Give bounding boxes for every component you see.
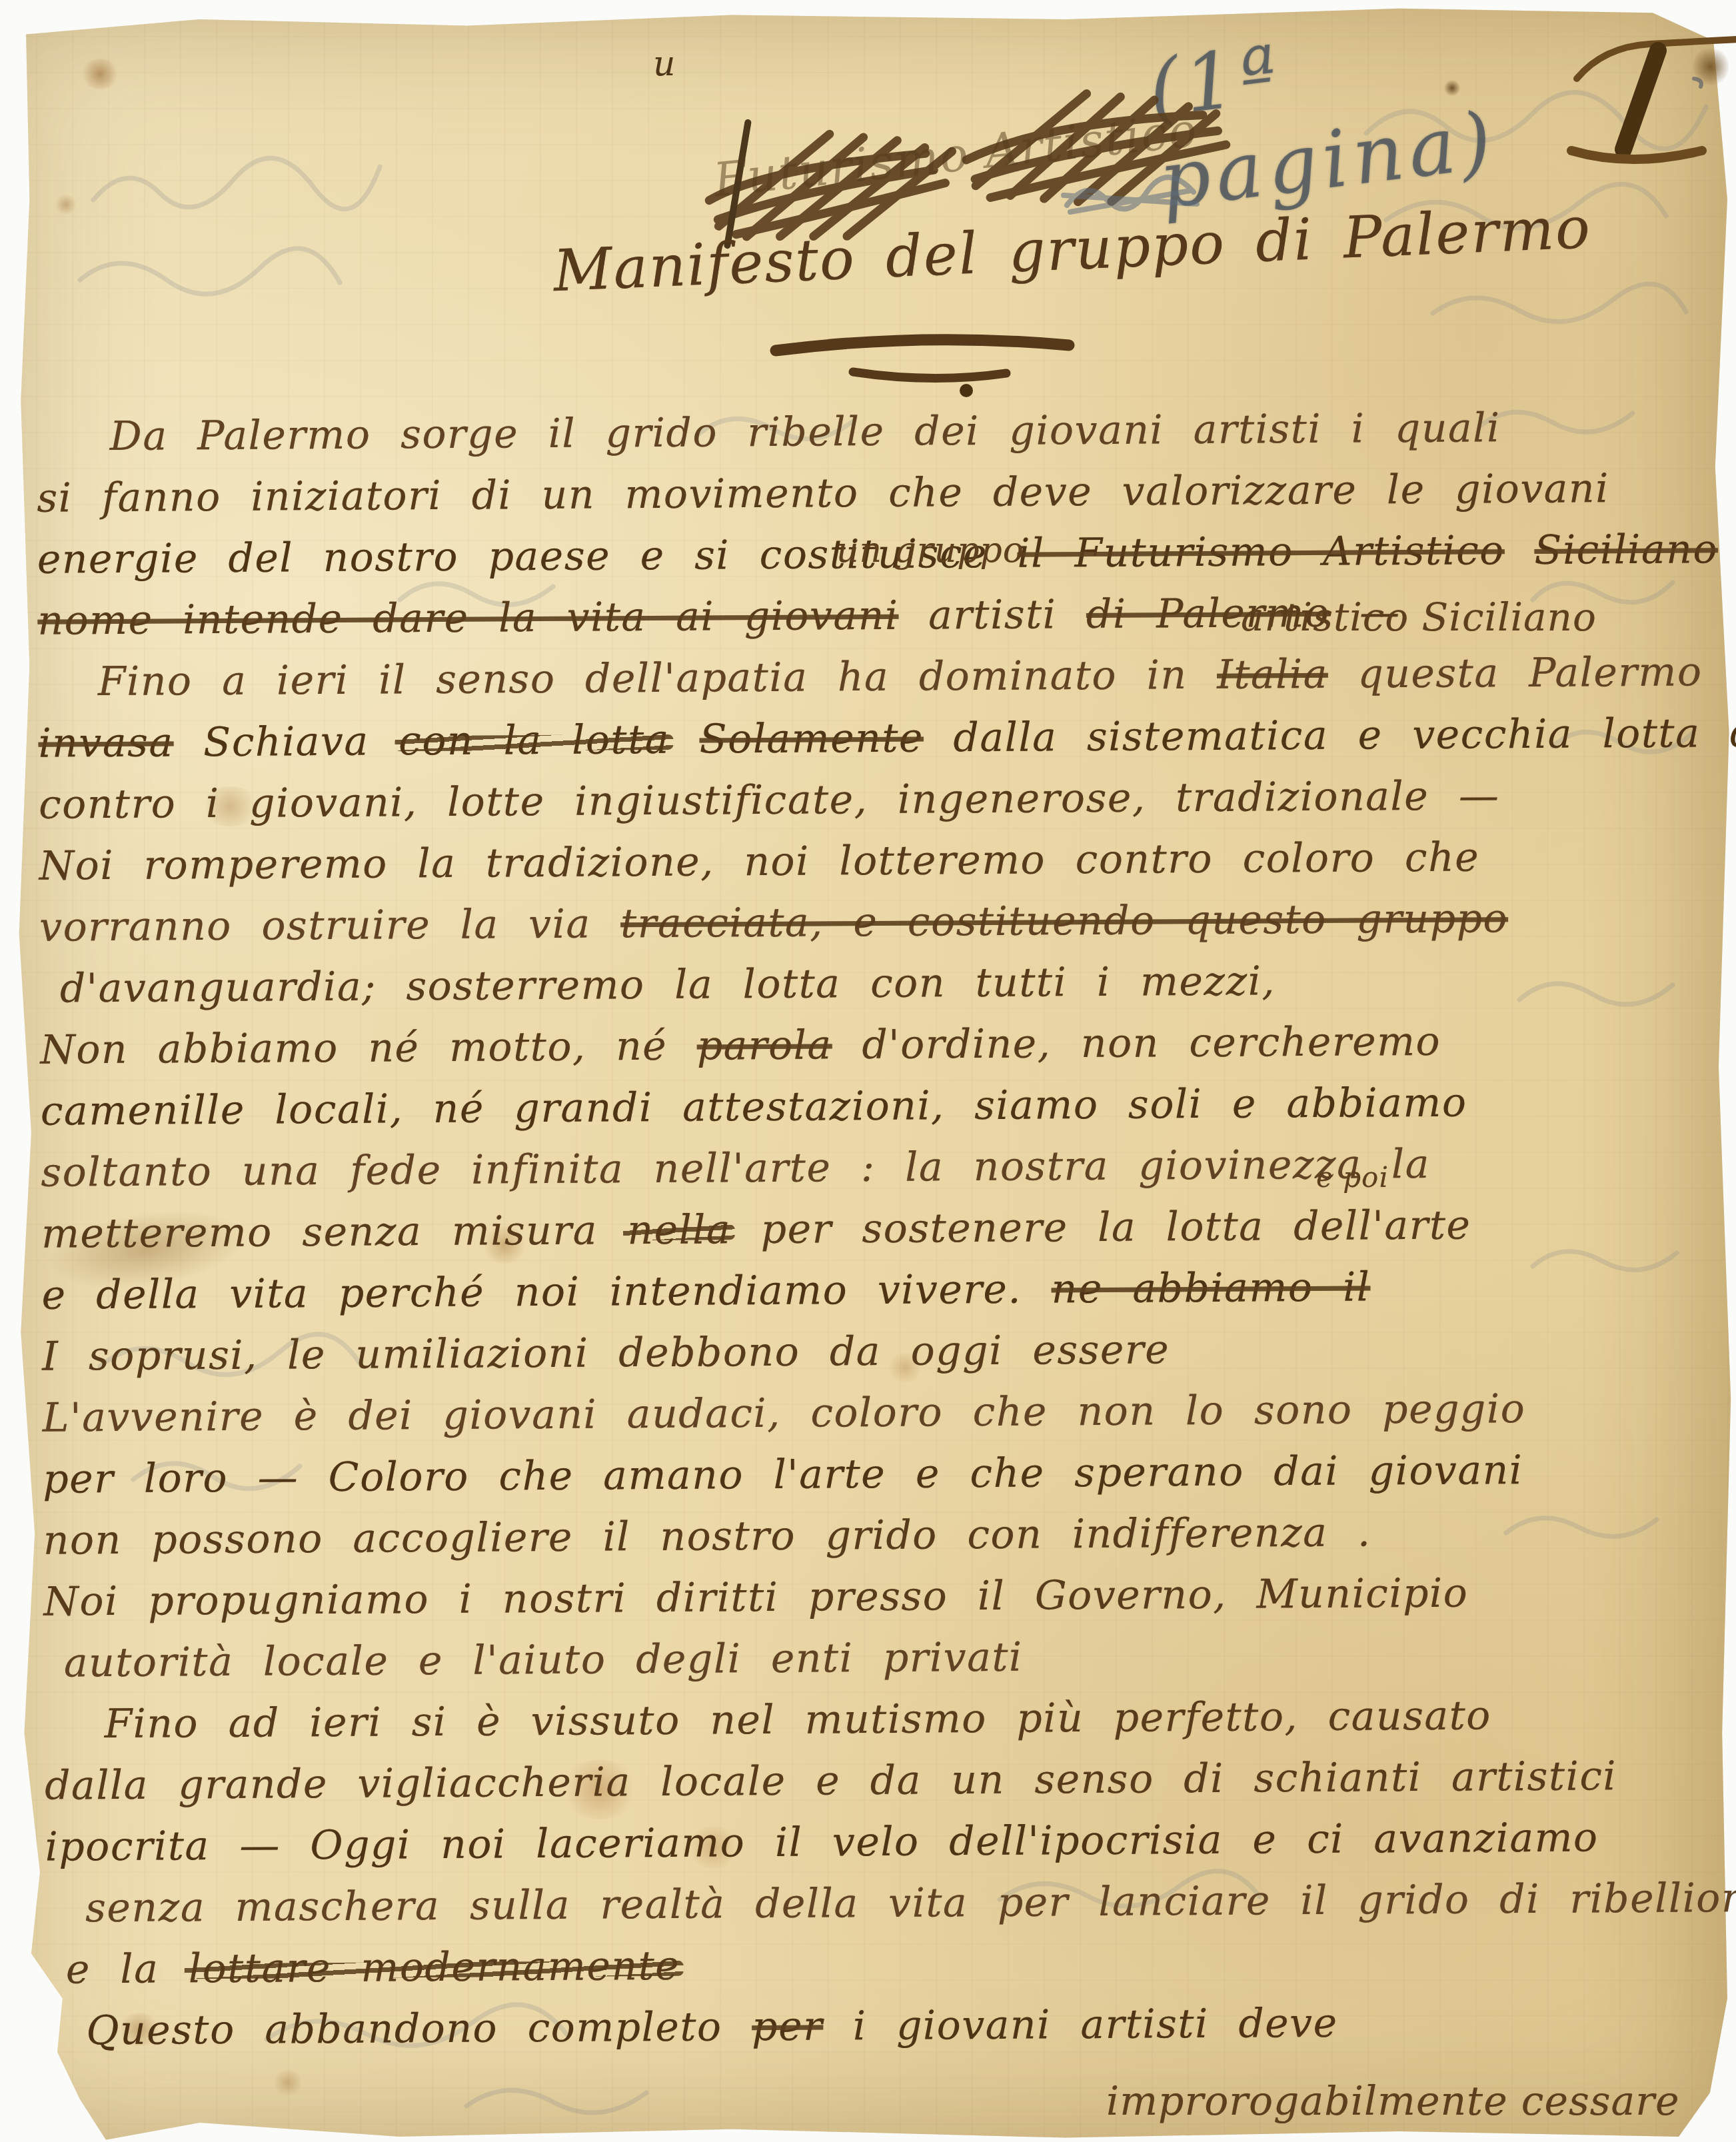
manuscript-line: Noi propugniamo i nostri diritti presso … [43,1561,1710,1632]
manuscript-line: soltanto una fede infinita nell'arte : l… [41,1132,1707,1203]
handwritten-text: che [1718,525,1736,572]
handwritten-text: Noi romperemo la tradizione, noi lottere… [39,834,1479,889]
handwritten-text: ipocrita — Oggi noi laceriamo il velo de… [45,1814,1598,1870]
manuscript-line: camenille locali, né grandi attestazioni… [41,1070,1707,1142]
struck-text: Solamente [699,715,924,763]
manuscript-line: per loro — Coloro che amano l'arte e che… [43,1438,1709,1510]
handwritten-text: metteremo senza misura [41,1207,628,1257]
manuscript-line: si fanno iniziatori di un movimento che … [37,457,1703,529]
handwritten-text: camenille locali, né grandi attestazioni… [41,1080,1467,1135]
handwritten-text: per loro — Coloro che amano l'arte e che… [43,1447,1523,1503]
struck-text: nome intende dare la vita ai giovani [37,592,898,644]
handwritten-text: contro i giovani, lotte ingiustificate, … [39,772,1500,828]
manuscript-line: senza maschera sulla realtà della vita p… [45,1867,1712,1939]
struck-text: nella [627,1206,731,1254]
handwritten-text: i giovani artisti deve [823,2000,1338,2050]
title-underline-flourish [766,328,1086,401]
manuscript-line: invasa Schiava con la lotta Solamente da… [38,702,1705,774]
manuscript-line: Non abbiamo né motto, né parola d'ordine… [40,1009,1707,1080]
handwritten-text: artisti [898,591,1086,639]
manuscript-line: contro i giovani, lotte ingiustificate, … [39,764,1705,835]
handwritten-text: per sostenere la lotta dell'arte [731,1202,1471,1254]
handwritten-text: d'avanguardia; sosterremo la lotta con t… [60,958,1276,1012]
handwritten-text: senza maschera sulla realtà della vita p… [85,1875,1736,1931]
handwritten-text [670,716,700,763]
struck-text: invasa [38,719,173,766]
struck-text: ne abbiamo il [1051,1264,1370,1312]
handwritten-text: autorità locale e l'aiuto degli enti pri… [64,1634,1023,1687]
handwritten-text: e la [66,1945,189,1993]
inline-insert: e poi [1316,1161,1389,1194]
handwritten-text: L'avvenire è dei giovani audaci, coloro … [42,1386,1525,1442]
inline-insert: improrogabilmente cessare [1106,2078,1679,2125]
struck-text: Italia [1217,651,1328,698]
handwritten-text: soltanto una fede infinita nell'arte : l… [41,1141,1430,1196]
body-lines: Da Palermo sorge il grido ribelle dei gi… [36,396,1712,2061]
manuscript-line: e della vita perché noi intendiamo viver… [41,1254,1708,1326]
handwritten-text: I soprusi, le umiliazioni debbono da ogg… [42,1326,1170,1380]
handwritten-text: vorranno ostruire la via [39,900,620,950]
handwritten-text: Noi propugniamo i nostri diritti presso … [43,1570,1468,1625]
manuscript-line: vorranno ostruire la via tracciata, e co… [39,886,1706,958]
inline-insert: un gruppo [836,531,1024,570]
handwritten-text: Da Palermo sorge il grido ribelle dei gi… [110,405,1501,460]
manuscript-line: metteremo senza misura nella per sostene… [41,1193,1708,1264]
handwritten-text: e della vita perché noi intendiamo viver… [41,1266,1051,1318]
inline-insert: artistico Siciliano [1241,594,1597,640]
struck-text: Siciliano [1534,526,1718,574]
manuscript-line: Questo abbandono completo per i giovani … [46,1990,1713,2061]
manuscript-line: Noi romperemo la tradizione, noi lottere… [39,825,1705,896]
handwritten-text: dalla grande vigliaccheria locale e da u… [45,1753,1617,1809]
ink-page-numeral [1557,12,1736,179]
handwritten-text: Schiava [173,718,399,766]
struck-text: con la lotta [399,716,670,764]
manuscript-line: Fino ad ieri si è vissuto nel mutismo pi… [44,1683,1711,1755]
struck-text: parola [697,1022,832,1069]
manuscript-line: ipocrita — Oggi noi laceriamo il velo de… [45,1806,1711,1877]
handwritten-text: dalla sistematica e vecchia lotta dei ve… [924,708,1736,762]
manuscript-line: autorità locale e l'aiuto degli enti pri… [44,1622,1711,1693]
handwritten-text: Non abbiamo né motto, né [40,1023,697,1074]
handwritten-text: non possono accogliere il nostro grido c… [43,1509,1371,1564]
manuscript-line: I soprusi, le umiliazioni debbono da ogg… [42,1316,1709,1387]
scanned-document: (1ª pagina) u Futurismo Artistico Mani [0,0,1736,2142]
caret-mark: u [653,44,676,84]
manuscript-line: non possono accogliere il nostro grido c… [43,1500,1710,1571]
struck-text: per [752,2003,824,2050]
manuscript-line: e la lottare modernamente [45,1929,1712,2000]
handwritten-text: d'ordine, non cercheremo [832,1018,1441,1069]
struck-text: tracciata, e costituendo questo gruppo [620,895,1508,947]
struck-text: il Futurismo Artistico [1017,527,1505,576]
handwritten-text [1505,527,1535,574]
handwritten-text: si fanno iniziatori di un movimento che … [37,465,1609,521]
struck-text: lottare modernamente [189,1943,680,1993]
manuscript-line: dalla grande vigliaccheria locale e da u… [45,1745,1711,1816]
manuscript-line: d'avanguardia; sosterremo la lotta con t… [39,948,1706,1019]
handwritten-text: questa Palermo [1328,648,1703,697]
manuscript-line: L'avvenire è dei giovani audaci, coloro … [42,1377,1709,1448]
handwritten-text: Questo abbandono completo [86,2003,752,2054]
handwritten-text: Fino a ieri il senso dell'apatia ha domi… [98,652,1218,705]
manuscript-line: Da Palermo sorge il grido ribelle dei gi… [36,396,1703,467]
handwritten-text: Fino ad ieri si è vissuto nel mutismo pi… [104,1692,1491,1747]
manuscript-line: Fino a ieri il senso dell'apatia ha domi… [38,641,1705,712]
